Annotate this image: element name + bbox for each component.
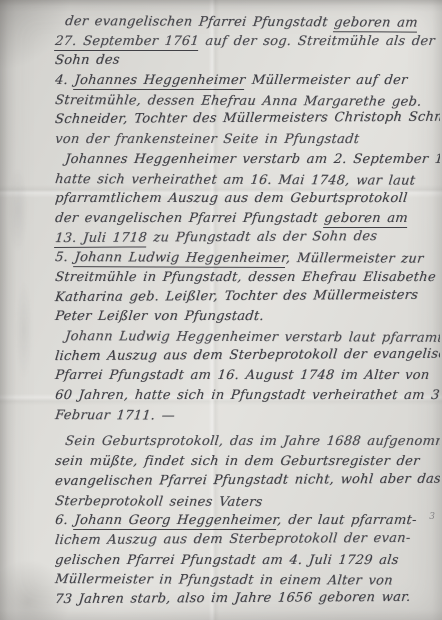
text-line: Schneider, Tochter des Müllermeisters Ch… bbox=[54, 108, 440, 130]
text-segment: der evangelischen Pfarrei Pfungstadt bbox=[54, 211, 325, 226]
text-line: lichem Auszug aus dem Sterbeprotokoll de… bbox=[54, 344, 440, 366]
text-segment: Johannes Heggenheimer verstarb am 2. Sep… bbox=[64, 152, 440, 167]
text-segment: 5. bbox=[54, 250, 75, 265]
text-line: Peter Leißler von Pfungstadt. bbox=[54, 307, 440, 327]
text-segment: lichem Auszug aus dem Sterbeprotokoll de… bbox=[54, 531, 411, 548]
text-line: der evangelischen Pfarrei Pfungstadt geb… bbox=[54, 209, 440, 229]
text-segment: 6. bbox=[54, 513, 75, 528]
text-segment: sein müßte, findet sich in dem Geburtsre… bbox=[54, 454, 420, 469]
text-block: der evangelischen Pfarrei Pfungstadt geb… bbox=[54, 12, 440, 620]
text-line: lichem Auszug aus dem Sterbeprotokoll de… bbox=[54, 529, 440, 551]
text-segment: Streitmühle in Pfungstadt, dessen Ehefra… bbox=[54, 270, 436, 285]
text-segment: hatte sich verheirathet am 16. Mai 1748,… bbox=[54, 172, 416, 189]
text-segment: Peter Leißler von Pfungstadt. bbox=[54, 309, 264, 324]
text-segment: , der laut pfarramt- bbox=[277, 513, 418, 528]
underlined-text: geboren am bbox=[323, 211, 408, 228]
text-line: Johannes Heggenheimer verstarb am 2. Sep… bbox=[54, 150, 440, 170]
underlined-text: Johann Georg Heggenheimer bbox=[74, 513, 279, 530]
text-line: 5. Johann Ludwig Heggenheimer, Müllermei… bbox=[54, 248, 440, 269]
text-segment: Müllermeister auf der bbox=[245, 73, 409, 88]
text-line: pfarramtlichem Auszug aus dem Geburtspro… bbox=[54, 189, 440, 209]
text-segment: Streitmühle, dessen Ehefrau Anna Margare… bbox=[54, 93, 422, 110]
text-segment: 4. bbox=[54, 73, 75, 88]
text-line: Katharina geb. Leißler, Tochter des Müll… bbox=[54, 285, 440, 307]
underlined-text: 27. September 1761 bbox=[54, 34, 200, 51]
underlined-text: geboren am bbox=[333, 15, 418, 32]
text-segment: evangelischen Pfarrei Pfungstadt nicht, … bbox=[54, 471, 440, 488]
text-segment: Sohn des bbox=[54, 53, 120, 68]
text-segment: Sein Geburtsprotokoll, das im Jahre 1688… bbox=[64, 434, 440, 449]
text-line: von der frankensteiner Seite in Pfungsta… bbox=[54, 130, 440, 150]
text-line: der evangelischen Pfarrei Pfungstadt geb… bbox=[54, 12, 440, 33]
text-segment: Pfarrei Pfungstadt am 16. August 1748 im… bbox=[54, 368, 430, 383]
underlined-text: Johannes Heggenheimer bbox=[74, 73, 247, 90]
underlined-text: 13. Juli 1718 bbox=[54, 230, 148, 248]
text-segment: auf der sog. Streitmühle als der bbox=[198, 34, 436, 49]
text-line: 4. Johannes Heggenheimer Müllermeister a… bbox=[54, 71, 440, 91]
text-line: evangelischen Pfarrei Pfungstadt nicht, … bbox=[54, 469, 440, 491]
text-segment: Sterbeprotokoll seines Vaters bbox=[54, 494, 263, 510]
text-line: Streitmühle in Pfungstadt, dessen Ehefra… bbox=[54, 268, 440, 288]
text-segment: der evangelischen Pfarrei Pfungstadt bbox=[64, 14, 335, 30]
text-line: 6. Johann Georg Heggenheimer, der laut p… bbox=[54, 511, 440, 531]
text-segment: Müllermeister in Pfungstadt in einem Alt… bbox=[54, 572, 393, 588]
text-segment: Johann Ludwig Heggenheimer verstarb laut… bbox=[64, 329, 440, 346]
text-segment: , Müllermeister zur bbox=[285, 251, 424, 267]
ink-bleed-through bbox=[4, 150, 44, 410]
text-segment: 60 Jahren, hatte sich in Pfungstadt verh… bbox=[54, 388, 440, 403]
text-segment: lichem Auszug aus dem Sterbeprotokoll de… bbox=[54, 346, 440, 364]
text-line: 73 Jahren starb, also im Jahre 1656 gebo… bbox=[54, 588, 440, 610]
text-segment: 73 Jahren starb, also im Jahre 1656 gebo… bbox=[54, 590, 411, 607]
manuscript-page: der evangelischen Pfarrei Pfungstadt geb… bbox=[0, 0, 442, 620]
text-line: hatte sich verheirathet am 16. Mai 1748,… bbox=[54, 170, 440, 191]
text-line: Februar 1711. — bbox=[54, 406, 440, 427]
margin-mark: 3 bbox=[429, 512, 435, 522]
text-segment: Februar 1711. — bbox=[54, 408, 175, 424]
text-line: Pfarrei Pfungstadt am 16. August 1748 im… bbox=[54, 366, 440, 386]
text-segment: Schneider, Tochter des Müllermeisters Ch… bbox=[54, 110, 440, 128]
text-segment: zu Pfungstadt als der Sohn des bbox=[146, 229, 378, 245]
text-line: Sterbeprotokoll seines Vaters bbox=[54, 492, 440, 513]
text-line: gelischen Pfarrei Pfungstadt am 4. Juli … bbox=[54, 551, 440, 571]
text-line: sein müßte, findet sich in dem Geburtsre… bbox=[54, 452, 440, 472]
underlined-text: Johann Ludwig Heggenheimer bbox=[74, 250, 287, 268]
text-segment: von der frankensteiner Seite in Pfungsta… bbox=[54, 132, 360, 147]
text-segment: Katharina geb. Leißler, Tochter des Müll… bbox=[54, 287, 419, 304]
text-line: 13. Juli 1718 zu Pfungstadt als der Sohn… bbox=[54, 226, 440, 248]
text-line: 60 Jahren, hatte sich in Pfungstadt verh… bbox=[54, 386, 440, 406]
text-line: Sohn des bbox=[54, 49, 440, 71]
text-line: Sein Geburtsprotokoll, das im Jahre 1688… bbox=[54, 432, 440, 452]
text-segment: pfarramtlichem Auszug aus dem Geburtspro… bbox=[54, 191, 408, 206]
text-segment: gelischen Pfarrei Pfungstadt am 4. Juli … bbox=[54, 553, 399, 568]
